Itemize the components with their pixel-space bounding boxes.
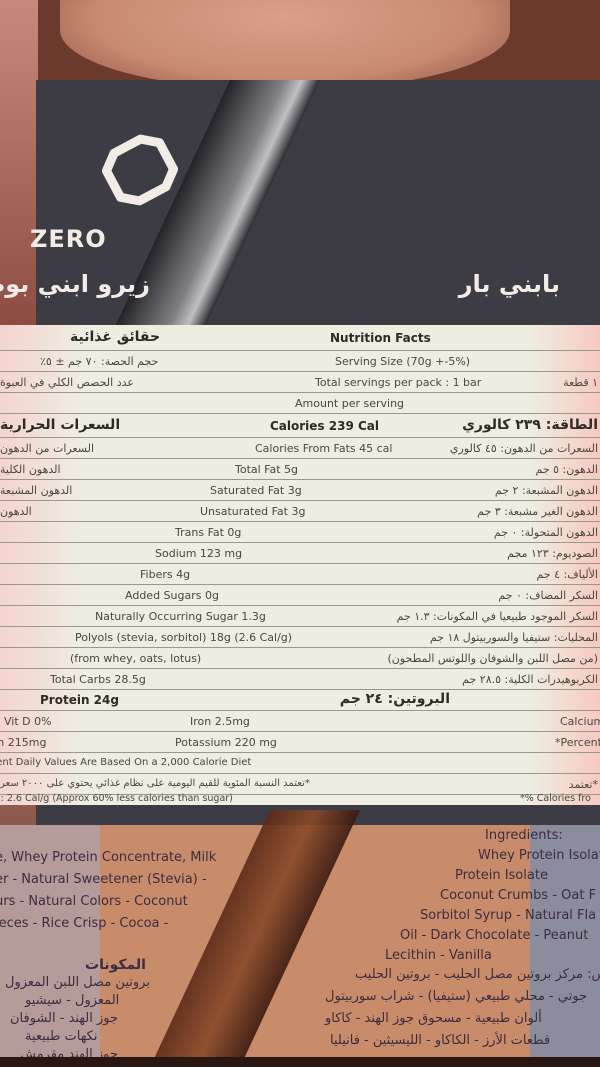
nutrient-en: Fibers 4g [140, 568, 190, 581]
nutrient-ar-left: الدهون [0, 505, 32, 518]
brand-name: ZERO [30, 225, 107, 253]
nutrient-en: Unsaturated Fat 3g [200, 505, 305, 518]
nutrient-en: (from whey, oats, lotus) [70, 652, 201, 665]
nutrient-ar: الألياف: ٤ جم [536, 568, 598, 581]
nutrient-ar-left: السعرات من الدهون [0, 442, 94, 455]
nutrient-en: Added Sugars 0g [125, 589, 219, 602]
calories-ar: الطاقة: ٢٣٩ كالوري [462, 417, 598, 433]
polyols-note-row: *Polyols : 2.6 Cal/g (Approx 60% less ca… [0, 791, 600, 812]
footnote-en-row: *Percent Daily Values Are Based On a 2,0… [0, 753, 600, 774]
nutrient-ar-left: الدهون المشبعة [0, 484, 72, 497]
protein-row: Protein 24g البروتين: ٢٤ جم [0, 689, 600, 711]
calories-en: Calories 239 Cal [270, 419, 379, 433]
ingredient-line: المعزول - سيشيو [25, 993, 119, 1008]
nutrient-en: Sodium 123 mg [155, 547, 242, 560]
polyols-note: *Polyols : 2.6 Cal/g (Approx 60% less ca… [0, 793, 233, 804]
nutrient-ar: الدهون الغير مشبعة: ٣ جم [477, 505, 598, 518]
ingredient-line: urs - Natural Colors - Coconut [0, 894, 188, 909]
nutrient-row: Saturated Fat 3gالدهون المشبعة: ٢ جمالده… [0, 480, 600, 501]
ingredient-line: جوز الهند - الشوفان [10, 1011, 118, 1026]
iron: Iron 2.5mg [190, 715, 250, 728]
nutrient-row: Sodium 123 mgالصوديوم: ١٢٣ مجم [0, 543, 600, 564]
nutrient-ar: المحليات: ستيفيا والسوربيتول ١٨ جم [430, 631, 598, 644]
ingredient-line: Whey Protein Isolate [478, 848, 600, 863]
calories-row: السعرات الحرارية Calories 239 Cal الطاقة… [0, 414, 600, 438]
nutrition-facts-label: حقائق غذائية Nutrition Facts حجم الحصة: … [0, 325, 600, 805]
nutrient-ar: الدهون: ٥ جم [536, 463, 599, 476]
protein-en: Protein 24g [40, 693, 119, 707]
calories-header-ar: السعرات الحرارية [0, 417, 120, 433]
servings-per-pack-ar: عدد الحصص الكلي في العبوة [0, 376, 134, 389]
ingredient-line: قطعات الأرز - الكاكاو - الليسيثين - فاني… [330, 1033, 550, 1048]
nutrient-ar: السكر الموجود طبيعيا في المكونات: ١.٣ جم [397, 610, 598, 623]
potassium: Potassium 220 mg [175, 736, 277, 749]
serving-size-en: Serving Size (70g +-5%) [335, 355, 470, 368]
protein-ar: البروتين: ٢٤ جم [340, 691, 450, 707]
nutrient-row: Added Sugars 0gالسكر المضاف: ٠ جم [0, 585, 600, 606]
ingredient-line: Oil - Dark Chocolate - Peanut [400, 928, 588, 943]
finger [60, 0, 510, 90]
ingredient-line: Sorbitol Syrup - Natural Fla [420, 908, 596, 923]
nutrient-en: Trans Fat 0g [175, 526, 241, 539]
footnote-en: *Percent Daily Values Are Based On a 2,0… [0, 757, 251, 768]
nutrient-row: Total Carbs 28.5gالكربوهيدرات الكلية: ٢٨… [0, 669, 600, 690]
title-en: Nutrition Facts [330, 331, 431, 345]
rounded-octagon-logo-icon [85, 125, 195, 215]
nutrient-en: Total Carbs 28.5g [50, 673, 146, 686]
nutrient-en: Naturally Occurring Sugar 1.3g [95, 610, 266, 623]
nutrient-ar-left: الدهون الكلية [0, 463, 61, 476]
serving-size-ar: حجم الحصة: ٧٠ جم ± ٥٪ [40, 355, 158, 368]
ingredient-line: er - Natural Sweetener (Stevia) - [0, 872, 207, 887]
nutrient-en: Saturated Fat 3g [210, 484, 302, 497]
amount-per-serving: Amount per serving [295, 397, 404, 410]
ingredient-line: e, Whey Protein Concentrate, Milk [0, 850, 216, 865]
nutrient-en: Polyols (stevia, sorbitol) 18g (2.6 Cal/… [75, 631, 292, 644]
footnote-ar: *تعتمد النسبة المئوية للقيم اليومية على … [0, 778, 310, 789]
footnote-ar-clipped: *تعتمد [569, 778, 598, 791]
nutrient-ar: الصوديوم: ١٢٣ مجم [507, 547, 598, 560]
ingredient-line: ألوان طبيعية - مسحوق جوز الهند - كاكاو [325, 1011, 542, 1026]
vitamin-d: Vit D 0% [4, 715, 52, 728]
product-name-ar-left: زيرو ابني بوطن [0, 270, 150, 298]
nutrient-row: Calories From Fats 45 calالسعرات من الده… [0, 438, 600, 459]
ingredient-line: جوتي - محلي طبيعي (ستيفيا) - شراب سوربيت… [325, 989, 587, 1004]
nutrient-ar: الدهون المتحولة: ٠ جم [494, 526, 598, 539]
ingredients-title-ar: المكونات [85, 957, 146, 973]
calcium-potassium-row: Calcium 215mg Potassium 220 mg *Percent [0, 732, 600, 753]
ingredient-line: Protein Isolate [455, 868, 548, 883]
ingredient-line: نكهات طبيعية [25, 1029, 97, 1044]
label-title-row: حقائق غذائية Nutrition Facts [0, 325, 600, 351]
ingredients-title-en: Ingredients: [485, 828, 563, 843]
ingredient-line: Coconut Crumbs - Oat F [440, 888, 596, 903]
ingredient-line: Lecithin - Vanilla [385, 948, 492, 963]
nutrient-row: Trans Fat 0gالدهون المتحولة: ٠ جم [0, 522, 600, 543]
servings-per-pack-ar-right: ١ قطعة [563, 376, 598, 389]
servings-per-pack-en: Total servings per pack : 1 bar [315, 376, 481, 389]
ingredient-line: س: مركز بروتين مصل الحليب - بروتين الحلي… [355, 967, 600, 982]
calcium-clipped: Calcium [560, 715, 600, 728]
amount-per-serving-row: Amount per serving [0, 393, 600, 414]
nutrient-ar: الدهون المشبعة: ٢ جم [495, 484, 598, 497]
nutrient-en: Calories From Fats 45 cal [255, 442, 392, 455]
ingredient-line: بروتين مصل اللبن المعزول [5, 975, 150, 990]
nutrient-row: Unsaturated Fat 3gالدهون الغير مشبعة: ٣ … [0, 501, 600, 522]
nutrient-row: Fibers 4gالألياف: ٤ جم [0, 564, 600, 585]
calories-note-clipped: *% Calories fro [520, 793, 591, 804]
nutrient-ar: الكربوهيدرات الكلية: ٢٨.٥ جم [462, 673, 598, 686]
nutrient-row: (from whey, oats, lotus)(من مصل اللبن وا… [0, 648, 600, 669]
calcium: Calcium 215mg [0, 736, 46, 749]
nutrient-ar: (من مصل اللبن والشوفان واللوتس المطحون) [387, 652, 598, 665]
nutrient-en: Total Fat 5g [235, 463, 298, 476]
vitamin-iron-row: Vit D 0% Iron 2.5mg Calcium [0, 711, 600, 732]
ingredient-line: ieces - Rice Crisp - Cocoa - [0, 916, 168, 931]
serving-size-row: حجم الحصة: ٧٠ جم ± ٥٪ Serving Size (70g … [0, 351, 600, 372]
title-ar: حقائق غذائية [70, 329, 160, 345]
product-name-ar-right: بابني بار [459, 270, 560, 298]
nutrient-row: Total Fat 5gالدهون: ٥ جمالدهون الكلية [0, 459, 600, 480]
nutrient-ar: السكر المضاف: ٠ جم [498, 589, 598, 602]
nutrient-row: Naturally Occurring Sugar 1.3gالسكر المو… [0, 606, 600, 627]
servings-per-pack-row: عدد الحصص الكلي في العبوة Total servings… [0, 372, 600, 393]
percent-clipped: *Percent [555, 736, 600, 749]
nutrient-row: Polyols (stevia, sorbitol) 18g (2.6 Cal/… [0, 627, 600, 648]
nutrient-ar: السعرات من الدهون: ٤٥ كالوري [450, 442, 598, 455]
bottom-edge [0, 1057, 600, 1067]
